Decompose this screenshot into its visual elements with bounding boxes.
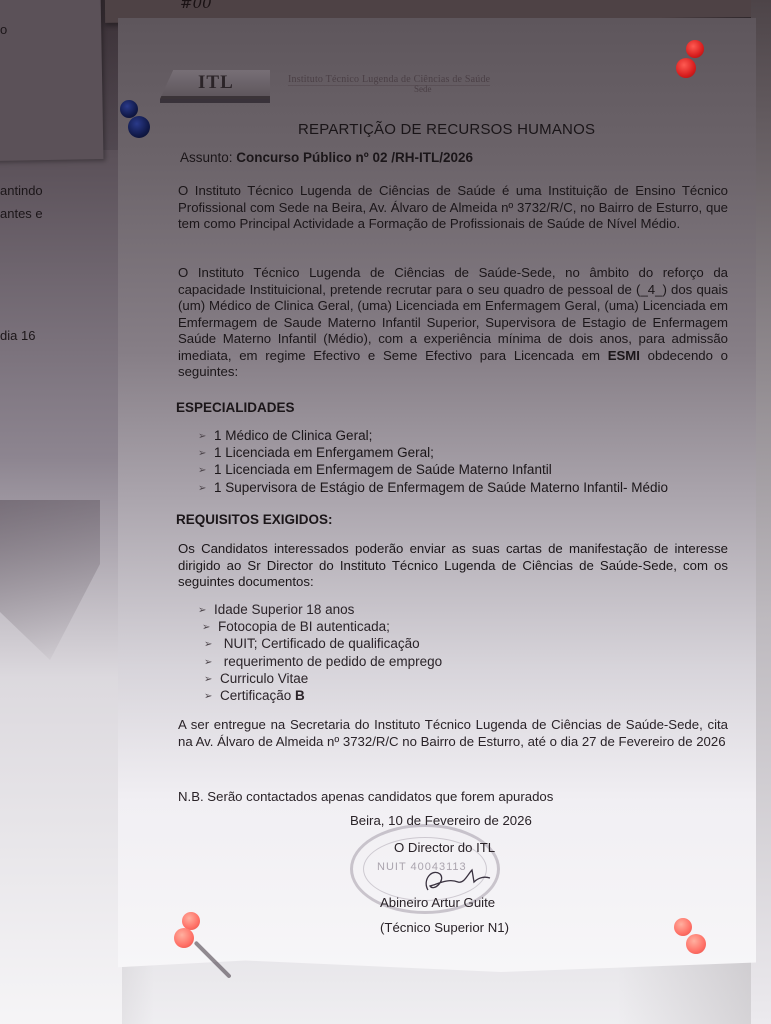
- background-text: antindo: [0, 183, 43, 198]
- arrow-bullet-icon: ➢: [198, 480, 214, 497]
- intro-paragraph: O Instituto Técnico Lugenda de Ciências …: [178, 183, 728, 233]
- push-pin-blue: [120, 100, 138, 118]
- list-item: ➢Certificação B: [198, 688, 442, 705]
- subject-label: Assunto:: [180, 150, 233, 165]
- institution-name: Instituto Técnico Lugenda de Ciências de…: [288, 74, 490, 86]
- arrow-bullet-icon: ➢: [198, 462, 214, 479]
- requirements-heading: REQUISITOS EXIGIDOS:: [176, 512, 333, 527]
- handwritten-note: #00: [180, 0, 212, 12]
- arrow-bullet-icon: ➢: [204, 636, 220, 653]
- background-text: antes e: [0, 206, 43, 221]
- arrow-bullet-icon: ➢: [198, 602, 214, 619]
- list-item: ➢Fotocopia de BI autenticada;: [198, 619, 442, 636]
- institution-sub: Sede: [414, 84, 432, 94]
- subject-line: Assunto: Concurso Público nº 02 /RH-ITL/…: [180, 150, 473, 165]
- list-item: ➢Idade Superior 18 anos: [198, 602, 442, 619]
- list-item: ➢ NUIT; Certificado de qualificação: [198, 636, 442, 653]
- background-text: dia 16: [0, 328, 35, 343]
- background-sheet-left-top: [0, 0, 103, 161]
- notice-paper: ITL Instituto Técnico Lugenda de Ciência…: [118, 18, 756, 972]
- specialties-heading: ESPECIALIDADES: [176, 400, 295, 415]
- list-item: ➢1 Licenciada em Enfergamem Geral;: [198, 445, 668, 462]
- list-item: ➢1 Supervisora de Estágio de Enfermagem …: [198, 480, 668, 497]
- signature: [418, 860, 498, 900]
- push-pin-salmon: [174, 928, 194, 948]
- recruitment-paragraph: O Instituto Técnico Lugenda de Ciências …: [178, 265, 728, 381]
- arrow-bullet-icon: ➢: [202, 619, 218, 636]
- arrow-bullet-icon: ➢: [204, 671, 220, 688]
- delivery-paragraph: A ser entregue na Secretaria do Institut…: [178, 717, 728, 750]
- arrow-bullet-icon: ➢: [204, 688, 220, 705]
- background-text: o: [0, 22, 7, 37]
- itl-logo: ITL: [160, 70, 270, 102]
- push-pin-red: [676, 58, 696, 78]
- arrow-bullet-icon: ➢: [204, 654, 220, 671]
- documents-list: ➢Idade Superior 18 anos ➢Fotocopia de BI…: [198, 602, 442, 705]
- push-pin-salmon: [674, 918, 692, 936]
- push-pin-salmon: [686, 934, 706, 954]
- place-date: Beira, 10 de Fevereiro de 2026: [350, 813, 532, 828]
- signatory-name: Abineiro Artur Guite: [380, 895, 495, 910]
- subject-value: Concurso Público nº 02 /RH-ITL/2026: [236, 150, 473, 165]
- push-pin-red: [686, 40, 704, 58]
- list-item: ➢1 Médico de Clinica Geral;: [198, 428, 668, 445]
- signatory-title: O Director do ITL: [394, 840, 495, 855]
- requirements-paragraph: Os Candidatos interessados poderão envia…: [178, 541, 728, 591]
- list-item: ➢ requerimento de pedido de emprego: [198, 654, 442, 671]
- list-item: ➢1 Licenciada em Enfermagem de Saúde Mat…: [198, 462, 668, 479]
- list-item: ➢Curriculo Vitae: [198, 671, 442, 688]
- arrow-bullet-icon: ➢: [198, 428, 214, 445]
- nb-note: N.B. Serão contactados apenas candidatos…: [178, 789, 728, 806]
- signatory-rank: (Técnico Superior N1): [380, 920, 509, 935]
- specialties-list: ➢1 Médico de Clinica Geral; ➢1 Licenciad…: [198, 428, 668, 497]
- arrow-bullet-icon: ➢: [198, 445, 214, 462]
- department-title: REPARTIÇÃO DE RECURSOS HUMANOS: [298, 121, 595, 138]
- push-pin-blue: [128, 116, 150, 138]
